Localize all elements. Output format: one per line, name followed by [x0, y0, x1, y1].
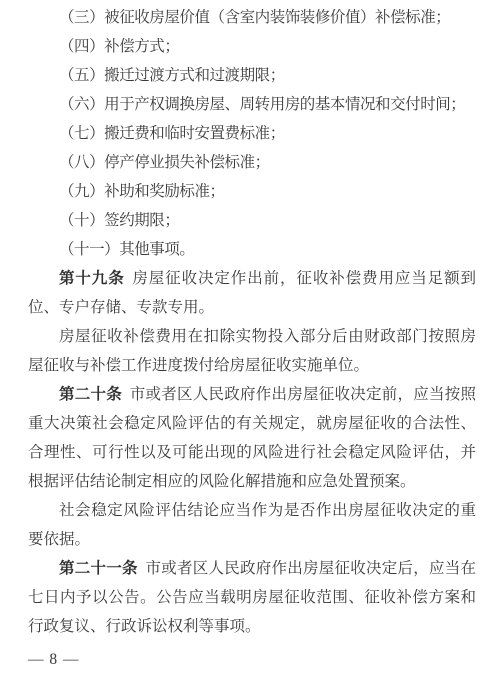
list-item-text: （十）签约期限；	[59, 212, 179, 229]
list-item-5: （五）搬迁过渡方式和过渡期限；	[28, 61, 476, 90]
list-item-text: （五）搬迁过渡方式和过渡期限；	[59, 67, 285, 84]
list-item-8: （八）停产停业损失补偿标准；	[28, 148, 476, 177]
list-item-text: （九）补助和奖励标准；	[59, 183, 225, 200]
list-item-11: （十一）其他事项。	[28, 235, 476, 264]
paragraph-article-19: 第十九条房屋征收决定作出前，征收补偿费用应当足额到位、专户存储、专款专用。	[28, 264, 476, 322]
paragraph-article-20: 第二十条市或者区人民政府作出房屋征收决定前，应当按照重大决策社会稳定风险评估的有…	[28, 380, 476, 496]
paragraph-funds-allocation: 房屋征收补偿费用在扣除实物投入部分后由财政部门按照房屋征收与补偿工作进度拨付给房…	[28, 322, 476, 380]
document-page: （三）被征收房屋价值（含室内装饰装修价值）补偿标准； （四）补偿方式； （五）搬…	[0, 0, 487, 692]
paragraph-risk-assessment: 社会稳定风险评估结论应当作为是否作出房屋征收决定的重要依据。	[28, 496, 476, 554]
paragraph-text: 社会稳定风险评估结论应当作为是否作出房屋征收决定的重要依据。	[28, 502, 476, 548]
list-item-10: （十）签约期限；	[28, 206, 476, 235]
list-item-text: （三）被征收房屋价值（含室内装饰装修价值）补偿标准；	[59, 9, 450, 26]
article-number: 第十九条	[59, 270, 125, 287]
article-number: 第二十一条	[59, 560, 138, 577]
list-item-4: （四）补偿方式；	[28, 32, 476, 61]
document-body: （三）被征收房屋价值（含室内装饰装修价值）补偿标准； （四）补偿方式； （五）搬…	[28, 3, 476, 641]
list-item-3: （三）被征收房屋价值（含室内装饰装修价值）补偿标准；	[28, 3, 476, 32]
list-item-text: （四）补偿方式；	[59, 38, 179, 55]
list-item-text: （八）停产停业损失补偿标准；	[59, 154, 270, 171]
list-item-text: （六）用于产权调换房屋、周转用房的基本情况和交付时间；	[59, 96, 465, 113]
paragraph-article-21: 第二十一条市或者区人民政府作出房屋征收决定后，应当在七日内予以公告。公告应当载明…	[28, 554, 476, 641]
list-item-9: （九）补助和奖励标准；	[28, 177, 476, 206]
list-item-text: （十一）其他事项。	[59, 241, 194, 258]
list-item-7: （七）搬迁费和临时安置费标准；	[28, 119, 476, 148]
paragraph-text: 房屋征收补偿费用在扣除实物投入部分后由财政部门按照房屋征收与补偿工作进度拨付给房…	[28, 328, 476, 374]
article-number: 第二十条	[59, 386, 122, 403]
list-item-6: （六）用于产权调换房屋、周转用房的基本情况和交付时间；	[28, 90, 476, 119]
list-item-text: （七）搬迁费和临时安置费标准；	[59, 125, 285, 142]
page-number: — 8 —	[28, 650, 80, 670]
